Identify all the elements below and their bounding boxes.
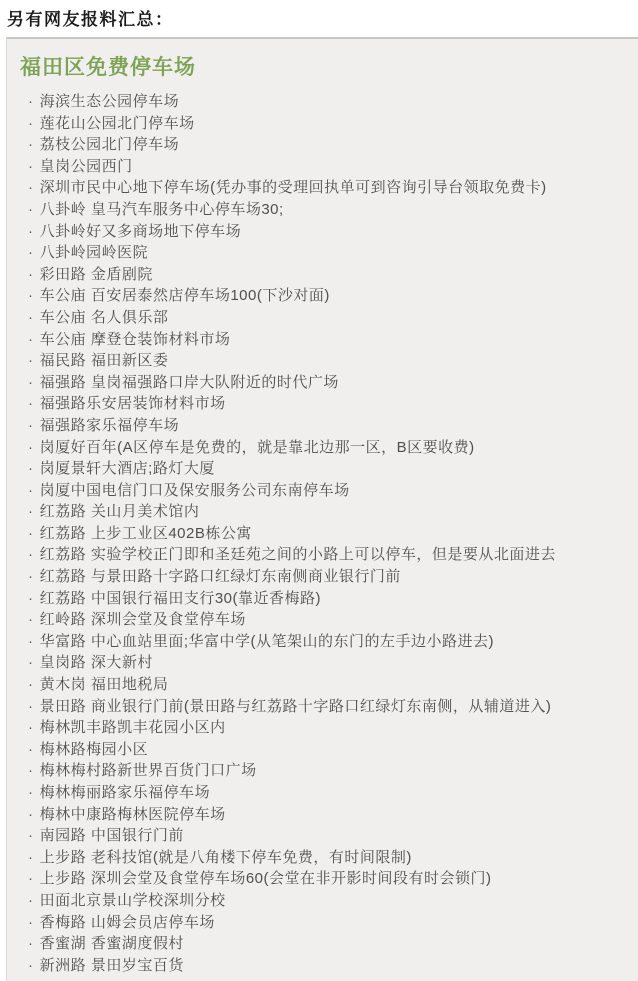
list-item-text: 红荔路 实验学校正门即和圣廷苑之间的小路上可以停车，但是要从北面进去 — [40, 546, 556, 563]
list-item-text: 岗厦景轩大酒店;路灯大厦 — [40, 460, 215, 477]
bullet-dot: · — [28, 372, 35, 394]
list-item-text: 荔枝公园北门停车场 — [40, 136, 180, 153]
bullet-dot: · — [28, 307, 35, 329]
list-item-text: 黄木岗 福田地税局 — [40, 676, 169, 693]
bullet-dot: · — [28, 264, 35, 286]
list-item: · 岗厦好百年(A区停车是免费的，就是靠北边那一区，B区要收费) — [14, 437, 630, 459]
bullet-dot: · — [28, 825, 35, 847]
list-item-text: 车公庙 摩登仓装饰材料市场 — [40, 331, 231, 348]
bullet-dot: · — [28, 868, 35, 890]
bullet-dot: · — [28, 177, 35, 199]
bullet-dot: · — [28, 933, 35, 955]
bullet-dot: · — [28, 890, 35, 912]
list-item-text: 莲花山公园北门停车场 — [40, 115, 195, 132]
list-item: · 上步路 老科技馆(就是八角楼下停车免费，有时间限制) — [14, 847, 630, 869]
list-item-text: 车公庙 百安居泰然店停车场100(下沙对面) — [40, 287, 330, 304]
bullet-dot: · — [28, 566, 35, 588]
list-item-text: 红荔路 上步工业区402B栋公寓 — [40, 525, 252, 542]
list-item: · 红荔路 与景田路十字路口红绿灯东南侧商业银行门前 — [14, 566, 630, 588]
list-item: · 皇岗公园西门 — [14, 156, 630, 178]
bullet-dot: · — [28, 199, 35, 221]
list-item: · 红荔路 实验学校正门即和圣廷苑之间的小路上可以停车，但是要从北面进去 — [14, 544, 630, 566]
list-item-text: 皇岗路 深大新村 — [40, 654, 153, 671]
parking-list: · 海滨生态公园停车场 · 莲花山公园北门停车场 · 荔枝公园北门停车场 · 皇… — [14, 91, 630, 976]
list-item: · 岗厦中国电信门口及保安服务公司东南停车场 — [14, 480, 630, 502]
bullet-dot: · — [28, 156, 35, 178]
list-item: · 梅林中康路梅林医院停车场 — [14, 804, 630, 826]
list-item-text: 梅林凯丰路凯丰花园小区内 — [40, 719, 226, 736]
list-item: · 南园路 中国银行门前 — [14, 825, 630, 847]
list-item-text: 福强路 皇岗福强路口岸大队附近的时代广场 — [40, 374, 339, 391]
list-item: · 荔枝公园北门停车场 — [14, 134, 630, 156]
list-item-text: 深圳市民中心地下停车场(凭办事的受理回执单可到咨询引导台领取免费卡) — [40, 179, 547, 196]
bullet-dot: · — [28, 847, 35, 869]
list-item-text: 八卦岭好又多商场地下停车场 — [40, 223, 242, 240]
list-item: · 梅林路梅园小区 — [14, 739, 630, 761]
article-page: 另有网友报料汇总： 福田区免费停车场 · 海滨生态公园停车场 · 莲花山公园北门… — [0, 0, 638, 981]
list-item: · 红岭路 深圳会堂及食堂停车场 — [14, 609, 630, 631]
list-item: · 彩田路 金盾剧院 — [14, 264, 630, 286]
list-item-text: 新洲路 景田岁宝百货 — [40, 957, 184, 974]
list-item-text: 福强路家乐福停车场 — [40, 417, 180, 434]
bullet-dot: · — [28, 91, 35, 113]
bullet-dot: · — [28, 285, 35, 307]
list-item: · 黄木岗 福田地税局 — [14, 674, 630, 696]
bullet-dot: · — [28, 652, 35, 674]
list-item: · 岗厦景轩大酒店;路灯大厦 — [14, 458, 630, 480]
bullet-dot: · — [28, 242, 35, 264]
bullet-dot: · — [28, 544, 35, 566]
section-title: 福田区免费停车场 — [20, 55, 630, 81]
bullet-dot: · — [28, 912, 35, 934]
bullet-dot: · — [28, 609, 35, 631]
list-item-text: 八卦岭 皇马汽车服务中心停车场30; — [40, 201, 284, 218]
list-item-text: 南园路 中国银行门前 — [40, 827, 184, 844]
list-item: · 车公庙 摩登仓装饰材料市场 — [14, 329, 630, 351]
list-item: · 福民路 福田新区委 — [14, 350, 630, 372]
list-item: · 香梅路 山姆会员店停车场 — [14, 912, 630, 934]
list-item-text: 景田路 商业银行门前(景田路与红荔路十字路口红绿灯东南侧，从辅道进入) — [40, 698, 552, 715]
bullet-dot: · — [28, 674, 35, 696]
list-item-text: 彩田路 金盾剧院 — [40, 266, 153, 283]
bullet-dot: · — [28, 696, 35, 718]
list-item: · 莲花山公园北门停车场 — [14, 113, 630, 135]
list-item-text: 八卦岭园岭医院 — [40, 244, 149, 261]
list-item-text: 海滨生态公园停车场 — [40, 93, 180, 110]
bullet-dot: · — [28, 415, 35, 437]
list-item: · 八卦岭 皇马汽车服务中心停车场30; — [14, 199, 630, 221]
list-item: · 景田路 商业银行门前(景田路与红荔路十字路口红绿灯东南侧，从辅道进入) — [14, 696, 630, 718]
bullet-dot: · — [28, 329, 35, 351]
bullet-dot: · — [28, 134, 35, 156]
free-parking-panel: 福田区免费停车场 · 海滨生态公园停车场 · 莲花山公园北门停车场 · 荔枝公园… — [6, 37, 638, 981]
list-item: · 车公庙 名人俱乐部 — [14, 307, 630, 329]
list-item-text: 华富路 中心血站里面;华富中学(从笔架山的东门的左手边小路进去) — [40, 633, 494, 650]
list-item-text: 香蜜湖 香蜜湖度假村 — [40, 935, 184, 952]
list-item: · 梅林梅丽路家乐福停车场 — [14, 782, 630, 804]
bullet-dot: · — [28, 955, 35, 977]
bullet-dot: · — [28, 350, 35, 372]
bullet-dot: · — [28, 717, 35, 739]
list-item: · 上步路 深圳会堂及食堂停车场60(会堂在非开影时间段有时会锁门) — [14, 868, 630, 890]
list-item-text: 车公庙 名人俱乐部 — [40, 309, 169, 326]
list-item-text: 红荔路 关山月美术馆内 — [40, 503, 200, 520]
list-item: · 梅林梅村路新世界百货门口广场 — [14, 760, 630, 782]
list-item: · 车公庙 百安居泰然店停车场100(下沙对面) — [14, 285, 630, 307]
list-item: · 华富路 中心血站里面;华富中学(从笔架山的东门的左手边小路进去) — [14, 631, 630, 653]
list-item-text: 香梅路 山姆会员店停车场 — [40, 914, 215, 931]
bullet-dot: · — [28, 393, 35, 415]
list-item-text: 福民路 福田新区委 — [40, 352, 169, 369]
list-item-text: 梅林路梅园小区 — [40, 741, 149, 758]
page-title: 另有网友报料汇总： — [0, 0, 638, 31]
list-item-text: 皇岗公园西门 — [40, 158, 133, 175]
bullet-dot: · — [28, 804, 35, 826]
list-item-text: 田面北京景山学校深圳分校 — [40, 892, 226, 909]
bullet-dot: · — [28, 760, 35, 782]
bullet-dot: · — [28, 458, 35, 480]
list-item-text: 上步路 老科技馆(就是八角楼下停车免费，有时间限制) — [40, 849, 412, 866]
list-item: · 新洲路 景田岁宝百货 — [14, 955, 630, 977]
list-item: · 红荔路 关山月美术馆内 — [14, 501, 630, 523]
bullet-dot: · — [28, 739, 35, 761]
list-item: · 深圳市民中心地下停车场(凭办事的受理回执单可到咨询引导台领取免费卡) — [14, 177, 630, 199]
list-item-text: 梅林梅村路新世界百货门口广场 — [40, 762, 257, 779]
list-item: · 红荔路 上步工业区402B栋公寓 — [14, 523, 630, 545]
list-item: · 福强路 皇岗福强路口岸大队附近的时代广场 — [14, 372, 630, 394]
bullet-dot: · — [28, 782, 35, 804]
list-item-text: 红岭路 深圳会堂及食堂停车场 — [40, 611, 246, 628]
bullet-dot: · — [28, 480, 35, 502]
bullet-dot: · — [28, 437, 35, 459]
list-item-text: 红荔路 与景田路十字路口红绿灯东南侧商业银行门前 — [40, 568, 401, 585]
list-item: · 梅林凯丰路凯丰花园小区内 — [14, 717, 630, 739]
list-item: · 八卦岭好又多商场地下停车场 — [14, 221, 630, 243]
list-item-text: 岗厦好百年(A区停车是免费的，就是靠北边那一区，B区要收费) — [40, 439, 475, 456]
bullet-dot: · — [28, 501, 35, 523]
list-item: · 福强路乐安居装饰材料市场 — [14, 393, 630, 415]
list-item-text: 梅林中康路梅林医院停车场 — [40, 806, 226, 823]
list-item-text: 梅林梅丽路家乐福停车场 — [40, 784, 211, 801]
list-item: · 福强路家乐福停车场 — [14, 415, 630, 437]
list-item: · 皇岗路 深大新村 — [14, 652, 630, 674]
list-item: · 香蜜湖 香蜜湖度假村 — [14, 933, 630, 955]
list-item: · 海滨生态公园停车场 — [14, 91, 630, 113]
bullet-dot: · — [28, 588, 35, 610]
list-item: · 田面北京景山学校深圳分校 — [14, 890, 630, 912]
bullet-dot: · — [28, 523, 35, 545]
bullet-dot: · — [28, 631, 35, 653]
list-item: · 红荔路 中国银行福田支行30(靠近香梅路) — [14, 588, 630, 610]
list-item-text: 红荔路 中国银行福田支行30(靠近香梅路) — [40, 590, 321, 607]
list-item-text: 福强路乐安居装饰材料市场 — [40, 395, 226, 412]
list-item: · 八卦岭园岭医院 — [14, 242, 630, 264]
list-item-text: 岗厦中国电信门口及保安服务公司东南停车场 — [40, 482, 350, 499]
bullet-dot: · — [28, 221, 35, 243]
list-item-text: 上步路 深圳会堂及食堂停车场60(会堂在非开影时间段有时会锁门) — [40, 870, 492, 887]
bullet-dot: · — [28, 113, 35, 135]
